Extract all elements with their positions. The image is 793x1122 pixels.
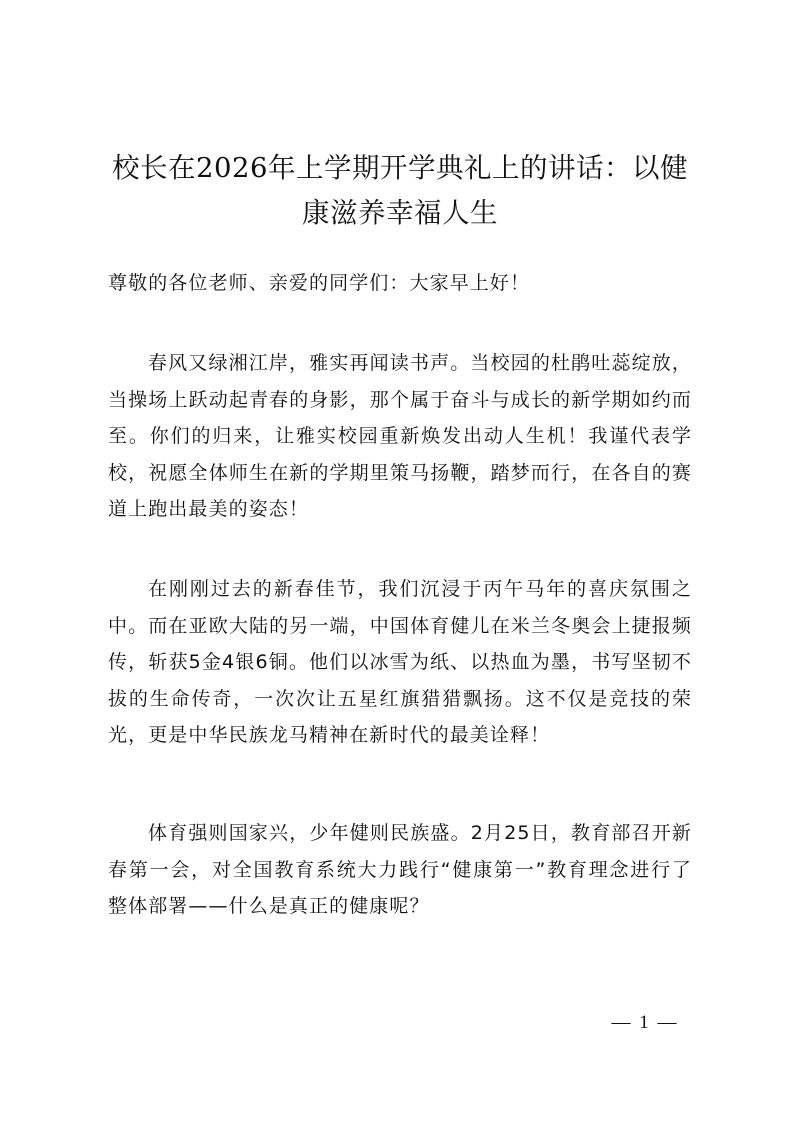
page-number: — 1 —	[600, 1012, 690, 1034]
document-page: 校长在2026年上学期开学典礼上的讲话：以健康滋养幸福人生 尊敬的各位老师、亲爱…	[0, 0, 793, 1122]
paragraph-2: 在刚刚过去的新春佳节，我们沉浸于丙午马年的喜庆氛围之中。而在亚欧大陆的另一端，中…	[108, 571, 692, 754]
document-title: 校长在2026年上学期开学典礼上的讲话：以健康滋养幸福人生	[100, 146, 700, 236]
salutation: 尊敬的各位老师、亲爱的同学们：大家早上好！	[108, 265, 692, 302]
paragraph-1: 春风又绿湘江岸，雅实再闻读书声。当校园的杜鹃吐蕊绽放，当操场上跃动起青春的身影，…	[108, 345, 692, 528]
paragraph-3: 体育强则国家兴，少年健则民族盛。2月25日，教育部召开新春第一会，对全国教育系统…	[108, 815, 692, 925]
